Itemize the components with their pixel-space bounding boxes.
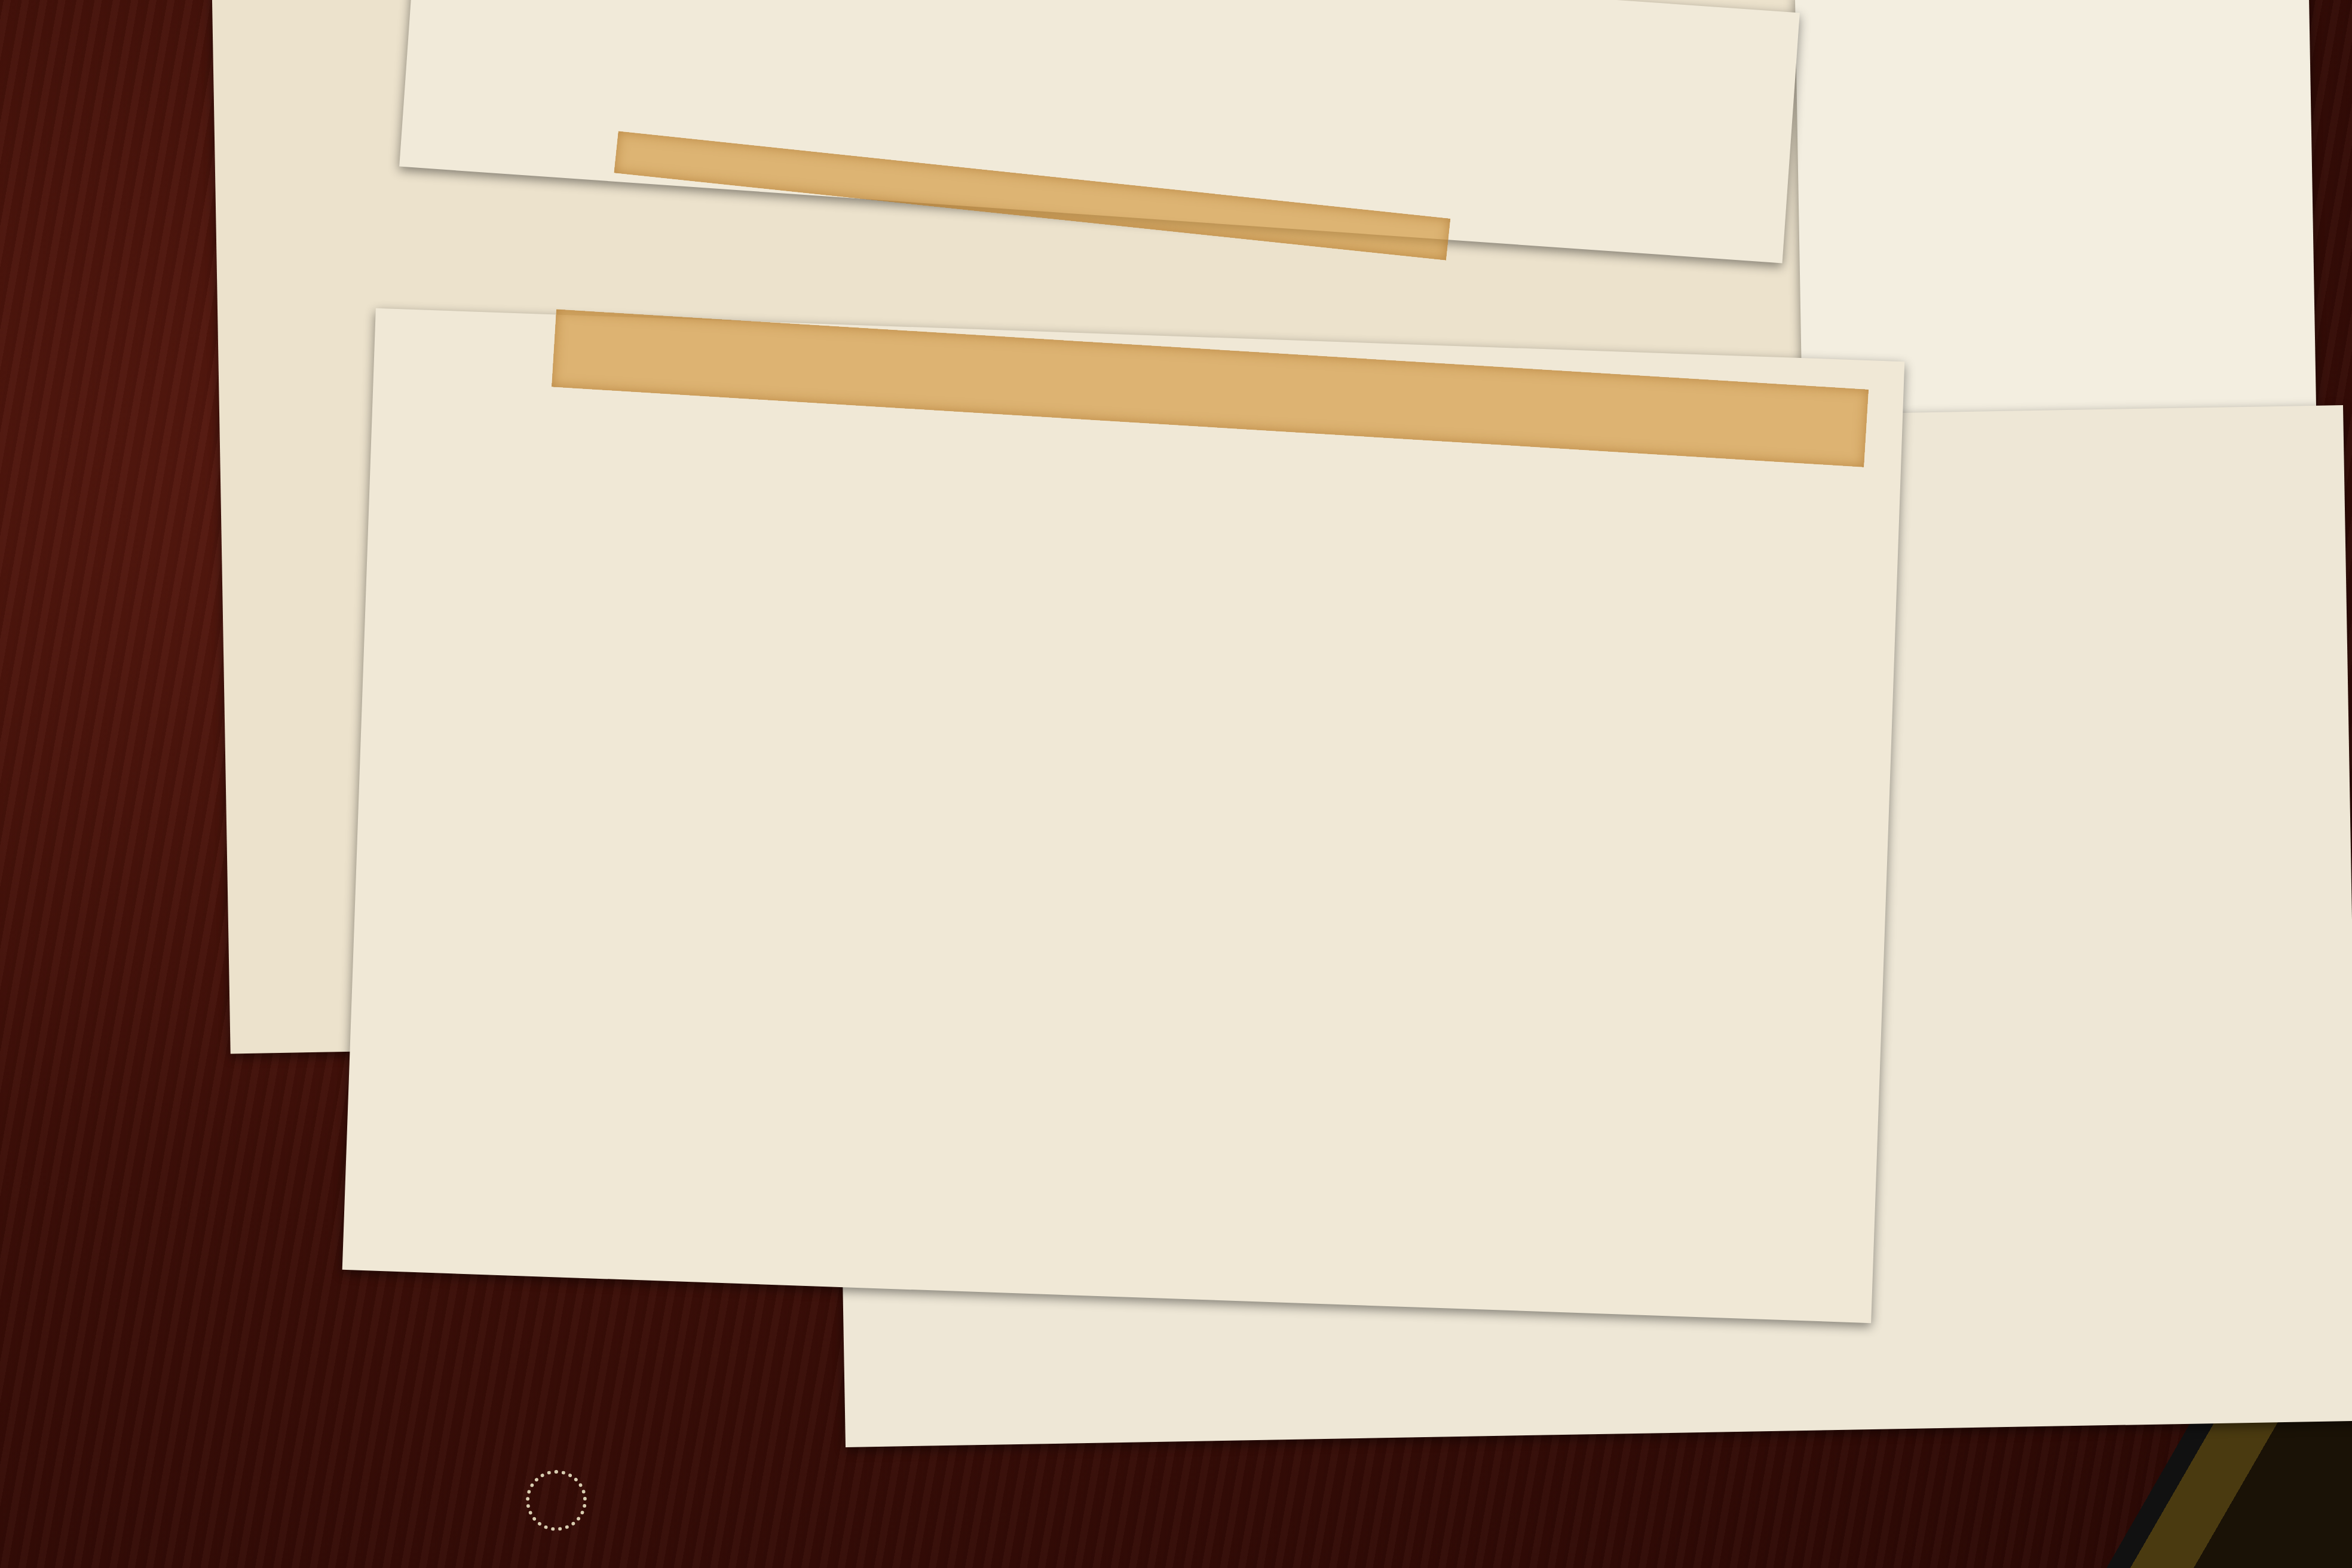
right-scoring-sheet-top — [1795, 0, 2316, 422]
string-knot — [526, 1470, 587, 1531]
top-card-entries — [416, 0, 1799, 13]
main-scoring-card — [342, 308, 1905, 1323]
